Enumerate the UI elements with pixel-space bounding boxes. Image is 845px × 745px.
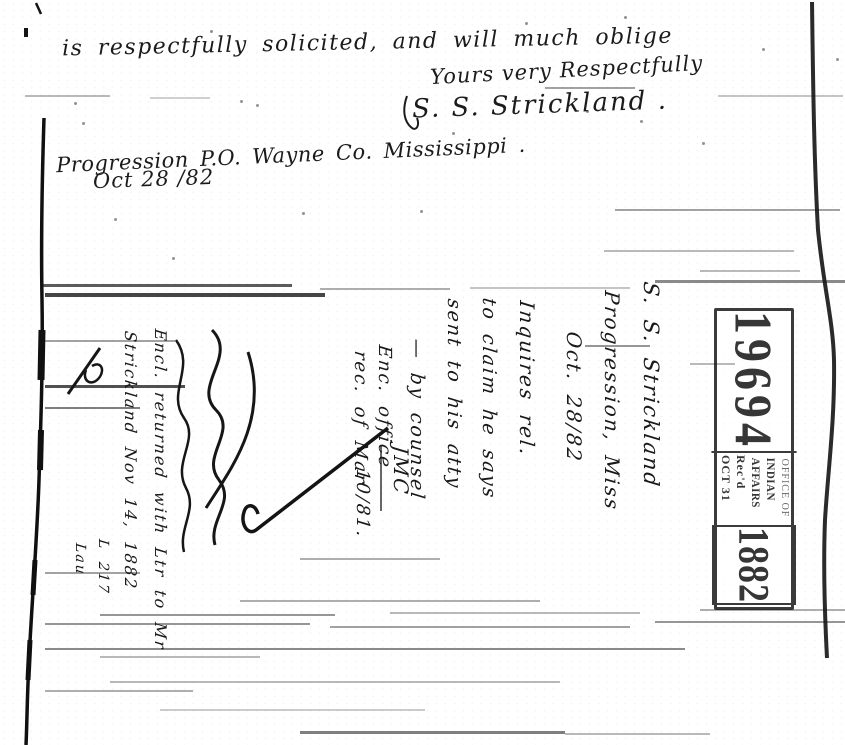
scan-streak <box>655 280 845 283</box>
scan-speck <box>586 110 589 113</box>
scan-streak <box>718 95 843 97</box>
scan-streak <box>240 600 540 602</box>
letter-body-fragment: is respectfully solicited, and will much… <box>62 24 673 62</box>
scan-streak <box>615 209 840 211</box>
docket-line: 10/81. <box>352 468 373 540</box>
letter-signature: S. S. Strickland . <box>412 86 669 125</box>
docket-line: S. S. Strickland <box>639 280 663 489</box>
scan-streak <box>150 97 210 99</box>
stamp-indian-affairs-label: INDIAN AFFAIRS <box>749 458 779 519</box>
scan-speck <box>82 122 85 125</box>
stamp-year: 1882 <box>712 525 796 605</box>
docket-line: JMC <box>389 444 413 496</box>
scan-speck <box>640 120 643 123</box>
scan-streak <box>690 363 735 365</box>
scan-speck <box>210 30 213 33</box>
stamp-office-block: OFFICE OF INDIAN AFFAIRS Rec'd OCT 31 <box>717 453 791 523</box>
scan-speck <box>452 132 455 135</box>
scanned-letter-page: is respectfully solicited, and will much… <box>0 0 845 745</box>
docket-line: Progression, Miss <box>600 289 624 512</box>
scan-streak <box>45 572 140 574</box>
indian-affairs-received-stamp: 19694 OFFICE OF INDIAN AFFAIRS Rec'd OCT… <box>714 308 794 610</box>
scan-speck <box>702 142 705 145</box>
scan-streak <box>604 250 794 252</box>
stamp-file-number: 19694 <box>711 311 796 453</box>
scan-streak <box>160 709 425 711</box>
docket-line: L 217 <box>95 538 111 595</box>
scan-speck <box>762 48 765 51</box>
scan-streak <box>330 626 630 628</box>
scan-speck <box>302 212 305 215</box>
scan-streak <box>470 287 630 289</box>
scan-streak <box>545 87 635 89</box>
scan-streak <box>700 270 800 272</box>
scan-speck <box>836 58 839 61</box>
docket-line: sent to his atty <box>443 298 465 491</box>
docket-line: Oct. 28/82 <box>562 330 586 464</box>
scan-streak <box>45 690 193 692</box>
scan-speck <box>420 210 423 213</box>
letter-closing: Yours very Respectfully <box>430 51 704 89</box>
scan-speck <box>525 22 528 25</box>
scan-streak <box>100 614 335 616</box>
scan-speck <box>74 102 77 105</box>
scan-streak <box>300 558 440 560</box>
scan-streak <box>700 609 845 611</box>
scan-streak <box>300 731 565 734</box>
letter-date-line: Oct 28 /82 <box>93 165 215 193</box>
scan-streak <box>320 288 450 290</box>
scan-streak <box>585 345 650 347</box>
scan-streak <box>45 407 140 409</box>
docket-line: Strickland Nov 14, 1882 <box>121 330 140 591</box>
stamp-office-of-label: OFFICE OF <box>779 459 790 518</box>
scan-streak <box>45 340 175 342</box>
scan-streak <box>655 621 845 623</box>
scan-speck <box>114 218 117 221</box>
scan-streak <box>380 445 382 511</box>
scan-speck <box>172 257 175 260</box>
scan-streak <box>45 648 685 650</box>
scan-streak <box>25 95 110 97</box>
docket-line: Inquires rel. <box>515 299 539 458</box>
scan-streak <box>45 293 325 297</box>
scan-speck <box>240 100 243 103</box>
scan-streak <box>45 385 185 388</box>
scan-streak <box>100 656 260 658</box>
stamp-received-date: Rec'd OCT 31 <box>718 455 748 521</box>
docket-line: rec. of Mar <box>350 350 371 486</box>
scan-streak <box>45 623 310 625</box>
scan-streak <box>390 612 640 614</box>
scan-speck <box>256 104 259 107</box>
scan-streak <box>42 284 292 287</box>
docket-line: Encl. returned with Ltr to Mr <box>151 328 170 651</box>
scan-speck <box>624 16 627 19</box>
scan-streak <box>110 681 560 683</box>
docket-line: to claim he says <box>478 297 500 501</box>
scan-streak <box>565 733 710 735</box>
